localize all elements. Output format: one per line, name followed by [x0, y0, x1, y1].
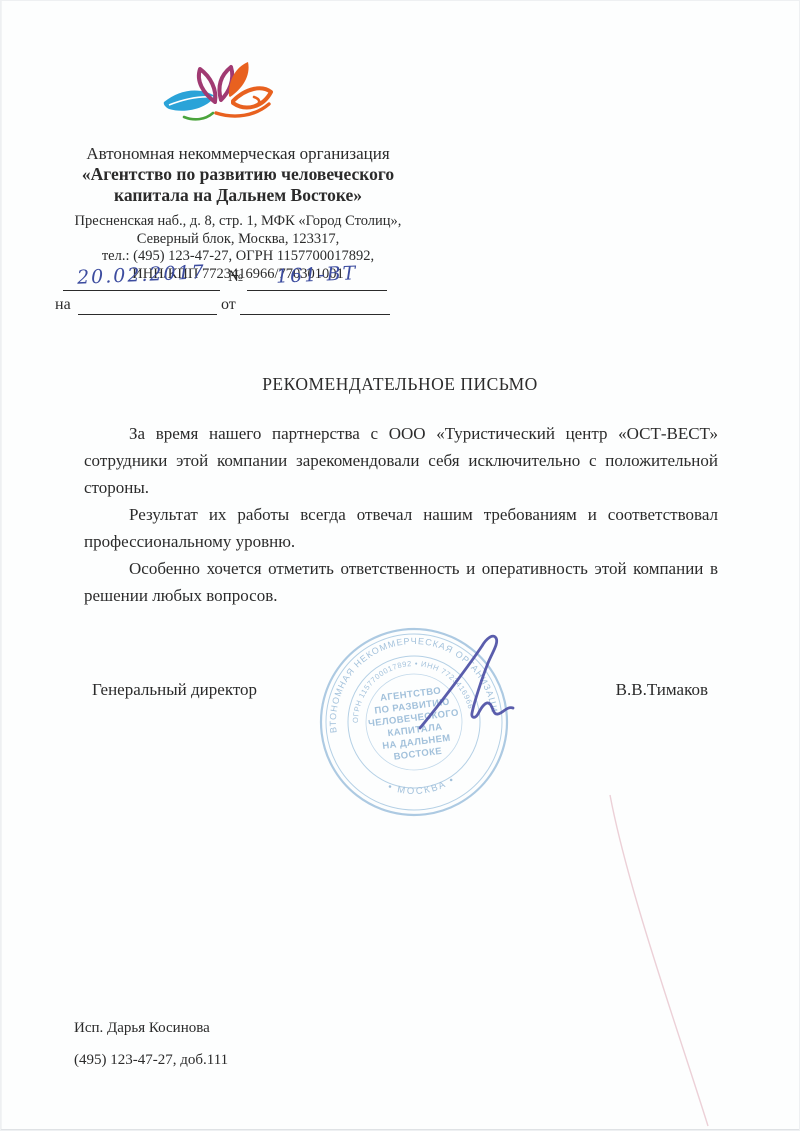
- signer-position: Генеральный директор: [92, 680, 257, 700]
- letter-body: За время нашего партнерства с ООО «Турис…: [84, 420, 718, 609]
- executor-phone: (495) 123-47-27, доб.111: [74, 1052, 228, 1069]
- executor-name: Исп. Дарья Косинова: [74, 1020, 210, 1037]
- org-name-line-2: капитала на Дальнем Востоке»: [38, 185, 438, 206]
- letter-title: РЕКОМЕНДАТЕЛЬНОЕ ПИСЬМО: [0, 374, 800, 395]
- reference-line-date-number: 20.02.2017 № 161-ВТ: [0, 266, 800, 292]
- logo-green-accent: [184, 113, 213, 119]
- signer-name: В.В.Тимаков: [616, 680, 708, 700]
- address-line-2: Северный блок, Москва, 123317,: [38, 231, 438, 249]
- stamp-ring-text-bottom: • МОСКВА •: [385, 773, 459, 801]
- ot-label: от: [221, 296, 236, 314]
- reference-line-na-ot: на от: [0, 294, 800, 318]
- letter-page: Автономная некоммерческая организация «А…: [0, 0, 800, 1131]
- org-type-line: Автономная некоммерческая организация: [38, 144, 438, 164]
- org-name-line-1: «Агентство по развитию человеческого: [38, 164, 438, 185]
- logo-lotus-icon: [158, 55, 318, 140]
- logo-orange-wing: [233, 88, 271, 107]
- address-line-3: тел.: (495) 123-47-27, ОГРН 115770001789…: [38, 248, 438, 266]
- handwritten-date: 20.02.2017: [77, 261, 207, 289]
- address-line-1: Пресненская наб., д. 8, стр. 1, МФК «Гор…: [38, 213, 438, 231]
- body-paragraph-1: За время нашего партнерства с ООО «Турис…: [84, 420, 718, 501]
- handwritten-number: 161-ВТ: [276, 262, 358, 288]
- ot-underline: [240, 290, 390, 315]
- na-underline: [78, 290, 217, 315]
- number-underline: 161-ВТ: [247, 266, 387, 291]
- number-sign-label: №: [228, 268, 243, 286]
- letterhead: Автономная некоммерческая организация «А…: [38, 55, 438, 283]
- date-underline: 20.02.2017: [63, 266, 220, 291]
- svg-text:• МОСКВА •: • МОСКВА •: [385, 773, 459, 801]
- body-paragraph-3: Особенно хочется отметить ответственност…: [84, 555, 718, 609]
- na-label: на: [55, 296, 71, 314]
- body-paragraph-2: Результат их работы всегда отвечал нашим…: [84, 501, 718, 555]
- signature-scribble: [400, 618, 530, 743]
